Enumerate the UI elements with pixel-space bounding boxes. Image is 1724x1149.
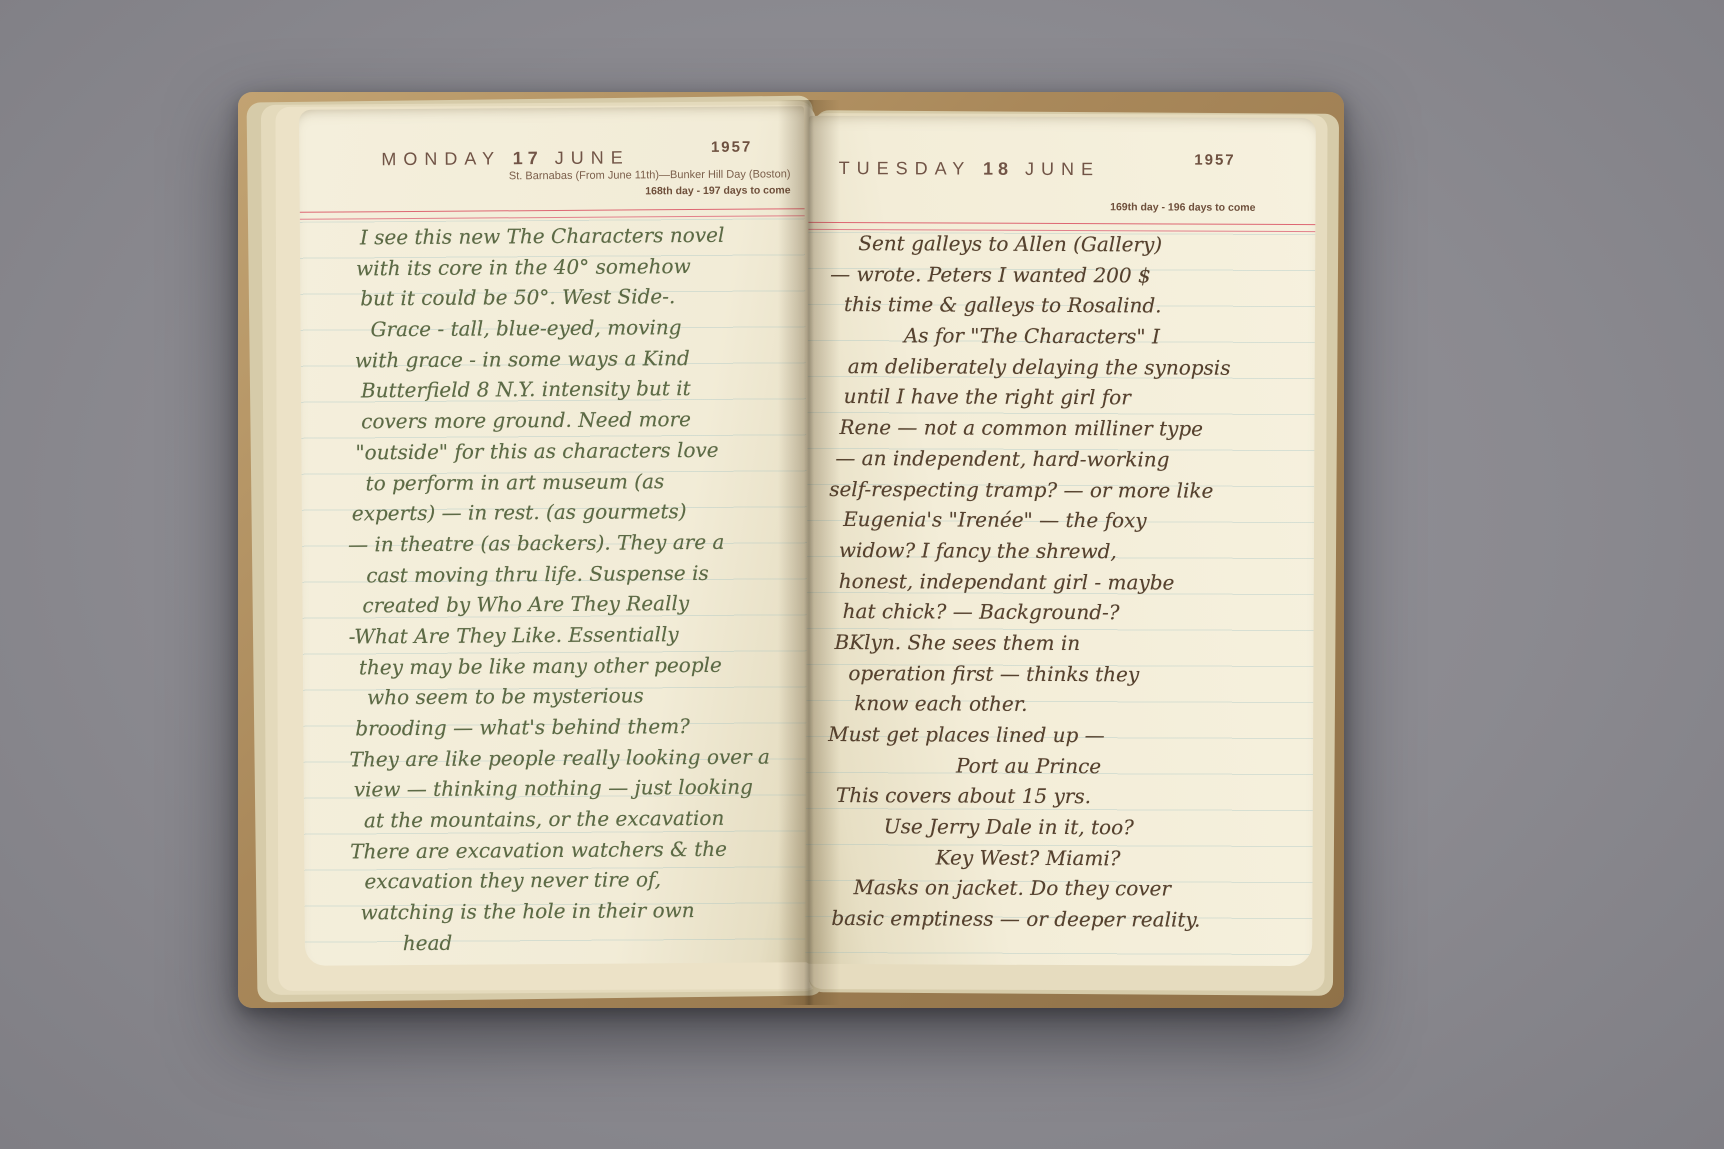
handwriting-line: to perform in art museum (as xyxy=(348,465,801,499)
handwriting-line: Port au Prince xyxy=(828,750,1307,783)
handwriting-line: with its core in the 40° somehow xyxy=(346,250,799,284)
open-diary-book: MONDAY 17 JUNE 1957 St. Barnabas (From J… xyxy=(0,0,1724,1149)
calendar-note: St. Barnabas (From June 11th)—Bunker Hil… xyxy=(509,168,791,182)
handwriting-line: — wrote. Peters I wanted 200 $ xyxy=(830,259,1309,292)
handwriting-line: Masks on jacket. Do they cover xyxy=(827,872,1306,905)
handwriting-line: Eugenia's "Irenée" — the foxy xyxy=(829,504,1308,537)
day-number: 17 xyxy=(513,148,543,168)
page-date-heading: MONDAY 17 JUNE xyxy=(381,147,630,170)
handwriting-line: Grace - tall, blue-eyed, moving xyxy=(346,311,799,345)
handwriting-line: "outside" for this as characters love xyxy=(347,434,800,468)
handwriting-line: BKlyn. She sees them in xyxy=(828,627,1307,660)
handwriting-line: -What Are They Like. Essentially xyxy=(349,618,802,652)
handwriting-line: Use Jerry Dale in it, too? xyxy=(828,811,1307,844)
handwriting-line: am deliberately delaying the synopsis xyxy=(830,351,1309,384)
handwriting-line: view — thinking nothing — just looking xyxy=(350,772,803,806)
handwriting-line: excavation they never tire of, xyxy=(350,864,803,898)
handwriting-line: self-respecting tramp? — or more like xyxy=(829,473,1308,506)
photo-background: MONDAY 17 JUNE 1957 St. Barnabas (From J… xyxy=(0,0,1724,1149)
month-label: JUNE xyxy=(1025,159,1100,179)
diary-page-left: MONDAY 17 JUNE 1957 St. Barnabas (From J… xyxy=(299,106,810,966)
handwriting-line: cast moving thru life. Suspense is xyxy=(348,557,801,591)
handwriting-line: covers more ground. Need more xyxy=(347,403,800,437)
handwriting-line: This covers about 15 yrs. xyxy=(828,780,1307,813)
handwriting-line: They are like people really looking over… xyxy=(349,741,802,775)
handwritten-entry-left: I see this new The Characters novelwith … xyxy=(346,219,804,959)
handwriting-line: — an independent, hard-working xyxy=(829,443,1308,476)
day-number: 18 xyxy=(983,159,1013,179)
handwriting-line: experts) — in rest. (as gourmets) xyxy=(348,495,801,529)
handwriting-line: There are excavation watchers & the xyxy=(350,833,803,867)
handwriting-line: until I have the right girl for xyxy=(830,381,1309,414)
handwriting-line: watching is the hole in their own xyxy=(351,894,804,928)
handwriting-line: hat chick? — Background-? xyxy=(829,596,1308,629)
handwriting-line: Sent galleys to Allen (Gallery) xyxy=(830,228,1309,261)
handwriting-line: they may be like many other people xyxy=(349,649,802,683)
handwriting-line: widow? I fancy the shrewd, xyxy=(829,535,1308,568)
handwriting-line: brooding — what's behind them? xyxy=(349,710,802,744)
weekday-label: MONDAY xyxy=(381,148,500,169)
handwriting-line: Rene — not a common milliner type xyxy=(829,412,1308,445)
handwriting-line: at the mountains, or the excavation xyxy=(350,802,803,836)
handwriting-line: operation first — thinks they xyxy=(828,658,1307,691)
handwriting-line: Must get places lined up — xyxy=(828,719,1307,752)
page-date-heading: TUESDAY 18 JUNE xyxy=(839,158,1101,180)
day-count-label: 169th day - 196 days to come xyxy=(1110,201,1255,214)
handwriting-line: — in theatre (as backers). They are a xyxy=(348,526,801,560)
handwriting-line: Butterfield 8 N.Y. intensity but it xyxy=(347,373,800,407)
handwriting-line: I see this new The Characters novel xyxy=(346,219,799,253)
handwriting-line: basic emptiness — or deeper reality. xyxy=(827,903,1306,936)
handwriting-line: As for "The Characters" I xyxy=(830,320,1309,353)
handwriting-line: this time & galleys to Rosalind. xyxy=(830,289,1309,322)
handwriting-line: honest, independant girl - maybe xyxy=(829,566,1308,599)
handwriting-line: who seem to be mysterious xyxy=(349,680,802,714)
month-label: JUNE xyxy=(555,147,630,168)
handwriting-line: created by Who Are They Really xyxy=(348,588,801,622)
day-count-label: 168th day - 197 days to come xyxy=(645,184,790,197)
handwriting-line: know each other. xyxy=(828,688,1307,721)
handwritten-entry-right: Sent galleys to Allen (Gallery)— wrote. … xyxy=(827,228,1309,936)
weekday-label: TUESDAY xyxy=(839,158,971,179)
handwriting-line: head xyxy=(351,925,804,959)
handwriting-line: with grace - in some ways a Kind xyxy=(347,342,800,376)
diary-page-right: TUESDAY 18 JUNE 1957 169th day - 196 day… xyxy=(805,116,1316,966)
year-label: 1957 xyxy=(711,139,752,156)
year-label: 1957 xyxy=(1194,152,1235,169)
handwriting-line: Key West? Miami? xyxy=(828,842,1307,875)
handwriting-line: but it could be 50°. West Side-. xyxy=(346,281,799,315)
